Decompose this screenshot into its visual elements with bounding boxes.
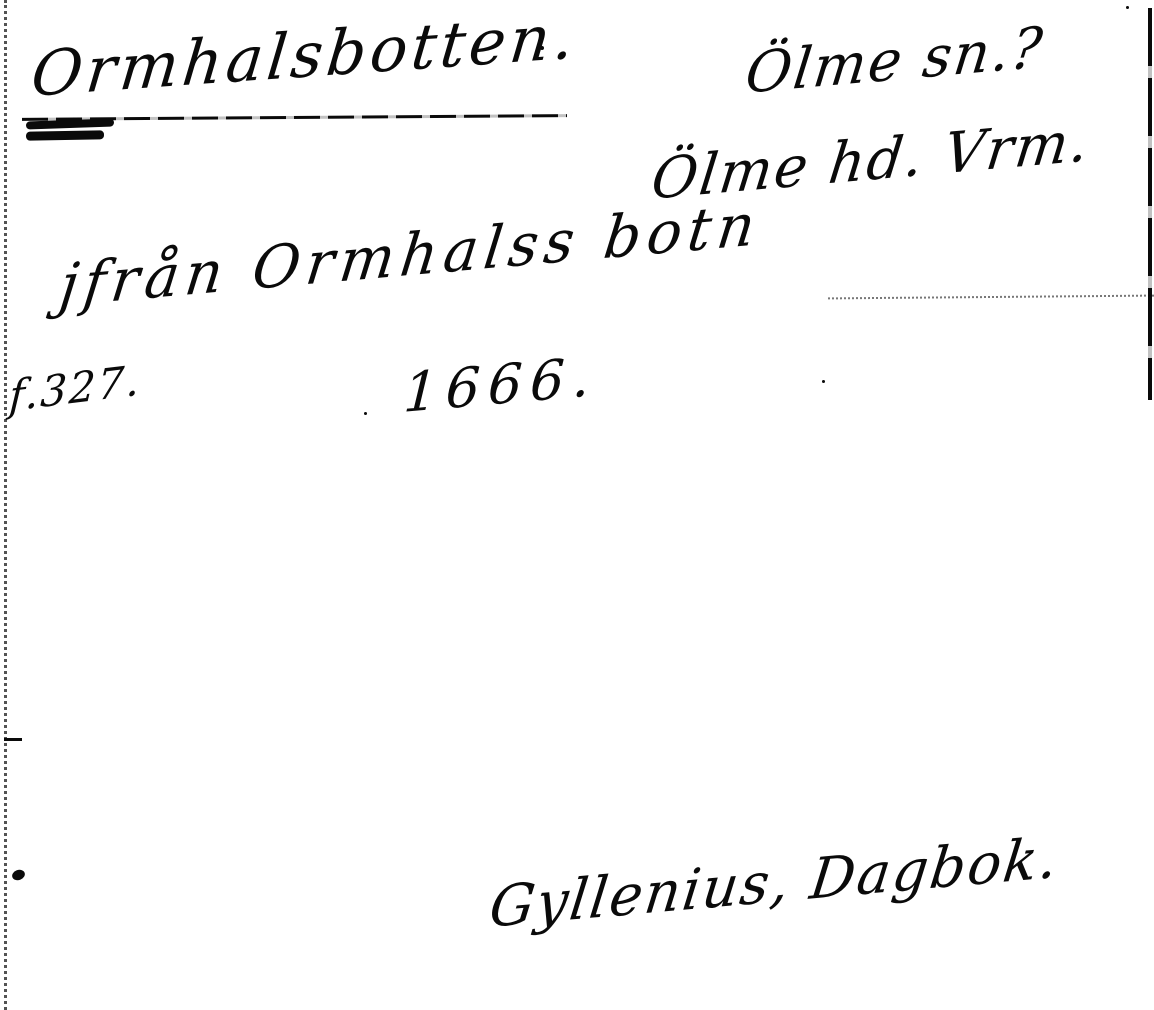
right-scan-edge-line [1148,8,1152,400]
headword-underline-bold-stroke [26,130,104,140]
headword-place-name: Ormhalsbotten. [28,0,581,111]
ink-blot [11,868,27,882]
parish-line: Ölme sn.? [742,15,1047,107]
folio-reference: f.327. [8,355,143,421]
source-excerpt-line: jfrån Ormhalss botn [56,190,765,320]
year-of-record: 1666. [402,345,599,425]
source-citation: Gyllenius, Dagbok. [486,825,1063,941]
headword-underline-bold-stroke [26,118,114,129]
ink-speck [540,46,544,50]
ink-speck [364,412,367,415]
ink-speck [822,380,825,383]
faint-ruled-line [828,295,1154,300]
left-margin-dash [4,738,22,741]
ink-speck [1126,6,1129,9]
archival-card-scan: Ormhalsbotten. Ölme sn.? Ölme hd. Vrm. j… [0,0,1154,1010]
left-perforation-edge-line [4,0,7,1010]
